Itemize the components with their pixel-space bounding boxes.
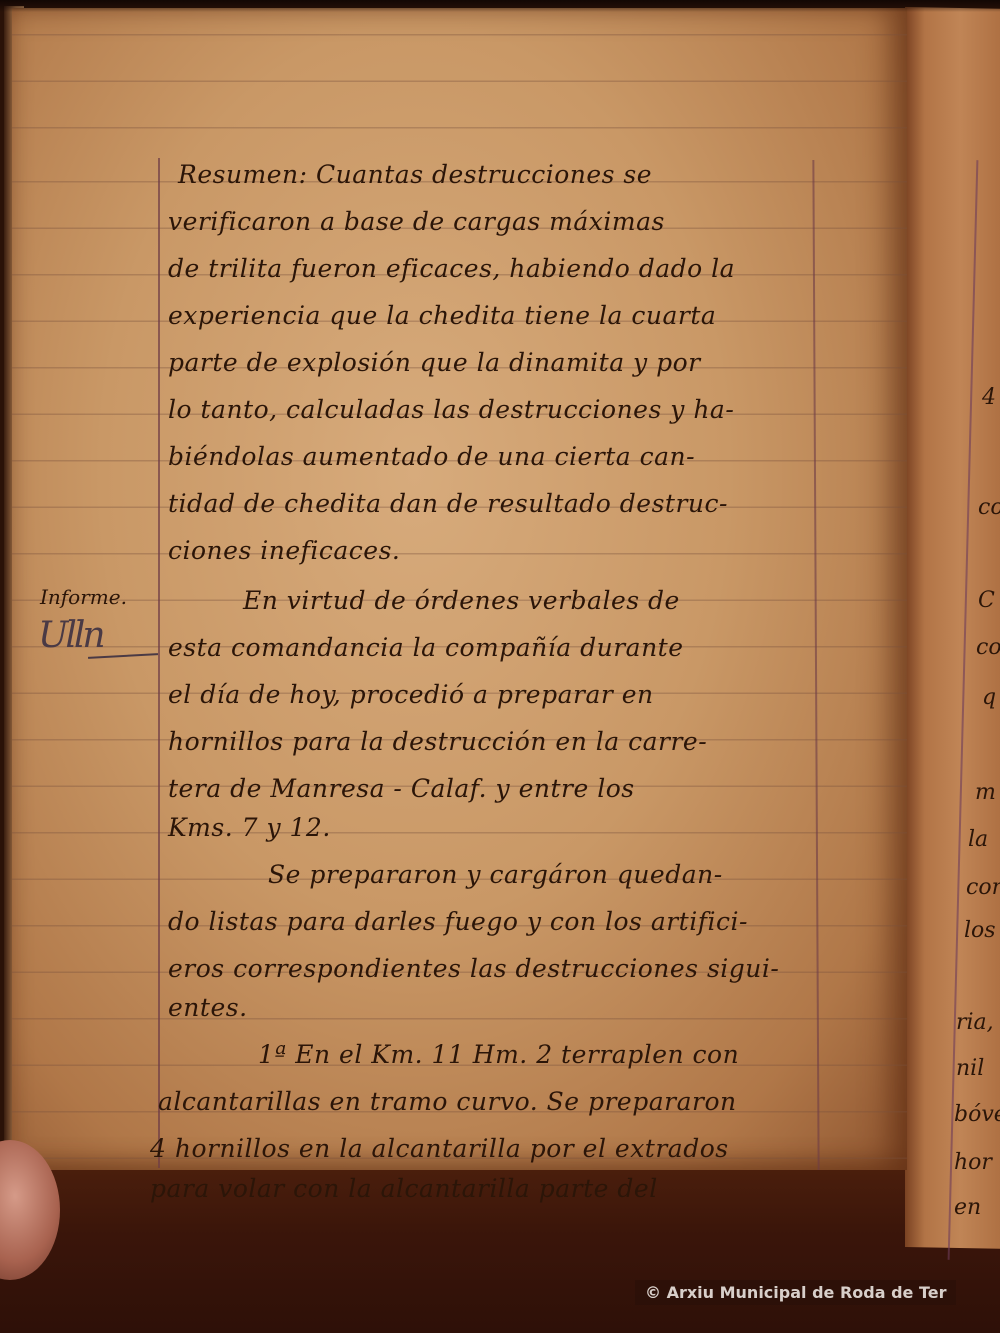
text-line: En virtud de órdenes verbales de: [168, 588, 808, 613]
text-line: ciones ineficaces.: [168, 538, 400, 563]
text-line: Resumen: Cuantas destrucciones se: [178, 162, 818, 187]
facing-page-fragment: q: [982, 685, 996, 710]
signature: Ulln: [38, 615, 158, 665]
facing-page-fragment: con: [966, 875, 1000, 900]
text-line: lo tanto, calculadas las destrucciones y…: [168, 397, 808, 422]
facing-page-fragment: C: [978, 588, 995, 613]
text-line: alcantarillas en tramo curvo. Se prepara…: [158, 1089, 808, 1114]
margin-note-informe: Informe.: [40, 585, 127, 609]
facing-page-fragment: bóve: [954, 1102, 1000, 1127]
text-line: experiencia que la chedita tiene la cuar…: [168, 303, 808, 328]
facing-page-fragment: co: [976, 635, 1000, 660]
text-line: de trilita fueron eficaces, habiendo dad…: [168, 256, 808, 281]
copyright-watermark: © Arxiu Municipal de Roda de Ter: [635, 1280, 956, 1305]
text-line: 1ª En el Km. 11 Hm. 2 terraplen con: [168, 1042, 788, 1067]
text-line: tera de Manresa - Calaf. y entre los: [168, 776, 688, 801]
facing-page-fragment: co: [978, 495, 1000, 520]
text-line: parte de explosión que la dinamita y por: [168, 350, 808, 375]
facing-page-fragment: m: [975, 780, 996, 805]
text-line: el día de hoy, procedió a preparar en: [168, 682, 808, 707]
facing-page-fragment: ria,: [956, 1010, 994, 1035]
text-line: tidad de chedita dan de resultado destru…: [168, 491, 808, 516]
text-line: para volar con la alcantarilla parte del: [150, 1176, 780, 1201]
text-line: entes.: [168, 995, 248, 1020]
facing-page-fragment: nil: [956, 1056, 984, 1081]
text-line: biéndolas aumentado de una cierta can-: [168, 444, 808, 469]
text-line: verificaron a base de cargas máximas: [168, 209, 808, 234]
text-line: eros correspondientes las destrucciones …: [168, 956, 808, 981]
facing-page-fragment: hor: [954, 1150, 992, 1175]
text-line: Kms. 7 y 12.: [168, 815, 331, 840]
facing-page-fragment: la: [968, 827, 988, 852]
text-line: hornillos para la destrucción en la carr…: [168, 729, 808, 754]
text-line: 4 hornillos en la alcantarilla por el ex…: [150, 1136, 810, 1161]
facing-page-fragment: 4: [982, 385, 996, 410]
left-margin-line: [158, 158, 160, 1168]
text-line: Se prepararon y cargáron quedan-: [168, 862, 808, 887]
facing-page-fragment: los: [964, 918, 996, 943]
facing-page-fragment: en: [954, 1195, 981, 1220]
text-line: do listas para darles fuego y con los ar…: [168, 909, 808, 934]
text-line: esta comandancia la compañía durante: [168, 635, 808, 660]
top-shadow: [0, 0, 1000, 12]
